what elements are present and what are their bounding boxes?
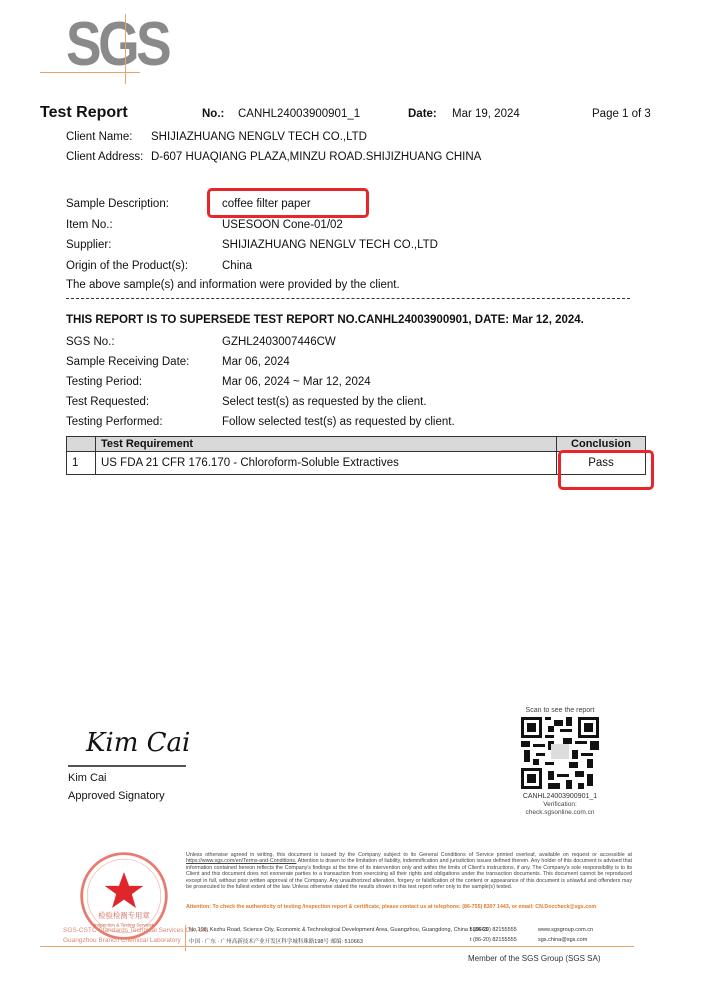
report-number: CANHL24003900901_1 — [238, 108, 360, 120]
phone-2: t (86-20) 82155555 — [470, 937, 517, 943]
report-date: Mar 19, 2024 — [452, 108, 520, 120]
column-header-requirement: Test Requirement — [96, 437, 557, 452]
qr-verification-url: check.sgsonline.com.cn — [515, 809, 605, 816]
column-header-number — [67, 437, 96, 452]
conclusion-highlight — [558, 450, 654, 490]
website-link[interactable]: www.sgsgroup.com.cn — [538, 927, 593, 933]
dashed-divider — [66, 298, 630, 299]
report-date-label: Date: — [408, 108, 437, 120]
sgs-number-label: SGS No.: — [66, 336, 115, 348]
origin-label: Origin of the Product(s): — [66, 260, 188, 272]
report-number-label: No.: — [202, 108, 224, 120]
footer-rule-vertical — [185, 925, 186, 951]
lab-name-line2: Guangzhou Branch Chemical Laboratory — [63, 937, 181, 944]
sample-description: coffee filter paper — [222, 198, 311, 210]
item-number-label: Item No.: — [66, 219, 113, 231]
provided-by-client-note: The above sample(s) and information were… — [66, 279, 400, 291]
lab-name-line1: SGS-CSTC Standards Technical Services Co… — [63, 927, 210, 934]
testing-performed-label: Testing Performed: — [66, 416, 163, 428]
qr-caption: Scan to see the report — [520, 707, 600, 714]
svg-text:检验检测专用章: 检验检测专用章 — [98, 911, 150, 920]
signatory-name: Kim Cai — [68, 772, 107, 784]
address-english: No.198, Kezhu Road, Science City, Econom… — [189, 927, 488, 933]
testing-performed: Follow selected test(s) as requested by … — [222, 416, 455, 428]
testing-period: Mar 06, 2024 ~ Mar 12, 2024 — [222, 376, 371, 388]
terms-link[interactable]: https://www.sgs.com/en/Terms-and-Conditi… — [186, 858, 296, 864]
document-title: Test Report — [40, 104, 128, 122]
receiving-date-label: Sample Receiving Date: — [66, 356, 189, 368]
authenticity-notice: Attention: To check the authenticity of … — [186, 904, 632, 910]
results-table-header: Test Requirement Conclusion — [67, 437, 646, 452]
supplier: SHIJIAZHUANG NENGLV TECH CO.,LTD — [222, 239, 438, 251]
test-requested-label: Test Requested: — [66, 396, 149, 408]
logo-rule-vertical — [125, 14, 126, 84]
row-number: 1 — [67, 452, 96, 475]
signatory-title: Approved Signatory — [68, 790, 165, 802]
sgs-number: GZHL2403007446CW — [222, 336, 336, 348]
signature-handwriting: Kim Cai — [86, 728, 190, 758]
qr-report-id: CANHL24003900901_1 — [514, 793, 606, 800]
legal-disclaimer: Unless otherwise agreed in writing, this… — [186, 852, 632, 890]
email-link[interactable]: sgs.china@sgs.com — [538, 937, 587, 943]
item-number: USESOON Cone-01/02 — [222, 219, 343, 231]
client-name: SHIJIAZHUANG NENGLV TECH CO.,LTD — [151, 131, 367, 143]
origin: China — [222, 260, 252, 272]
qr-code-icon[interactable] — [521, 717, 599, 789]
supplier-label: Supplier: — [66, 239, 111, 251]
page-indicator: Page 1 of 3 — [592, 108, 651, 120]
supersede-notice: THIS REPORT IS TO SUPERSEDE TEST REPORT … — [66, 314, 584, 326]
qr-verification-label: Verification: — [520, 801, 600, 808]
testing-period-label: Testing Period: — [66, 376, 142, 388]
client-name-label: Client Name: — [66, 131, 132, 143]
address-chinese: 中国 · 广东 · 广州高新技术产业开发区科学城科珠路198号 邮编: 5106… — [189, 937, 363, 945]
sgs-logo: SGS — [66, 14, 168, 76]
footer-rule-horizontal — [40, 946, 634, 947]
member-notice: Member of the SGS Group (SGS SA) — [468, 954, 601, 963]
client-address: D-607 HUAQIANG PLAZA,MINZU ROAD.SHIJIZHU… — [151, 151, 481, 163]
phone-1: t (86-20) 82155555 — [470, 927, 517, 933]
signature-line — [68, 765, 186, 767]
client-address-label: Client Address: — [66, 151, 143, 163]
test-requested: Select test(s) as requested by the clien… — [222, 396, 427, 408]
receiving-date: Mar 06, 2024 — [222, 356, 290, 368]
sample-description-label: Sample Description: — [66, 198, 169, 210]
test-requirement: US FDA 21 CFR 176.170 - Chloroform-Solub… — [96, 452, 557, 475]
